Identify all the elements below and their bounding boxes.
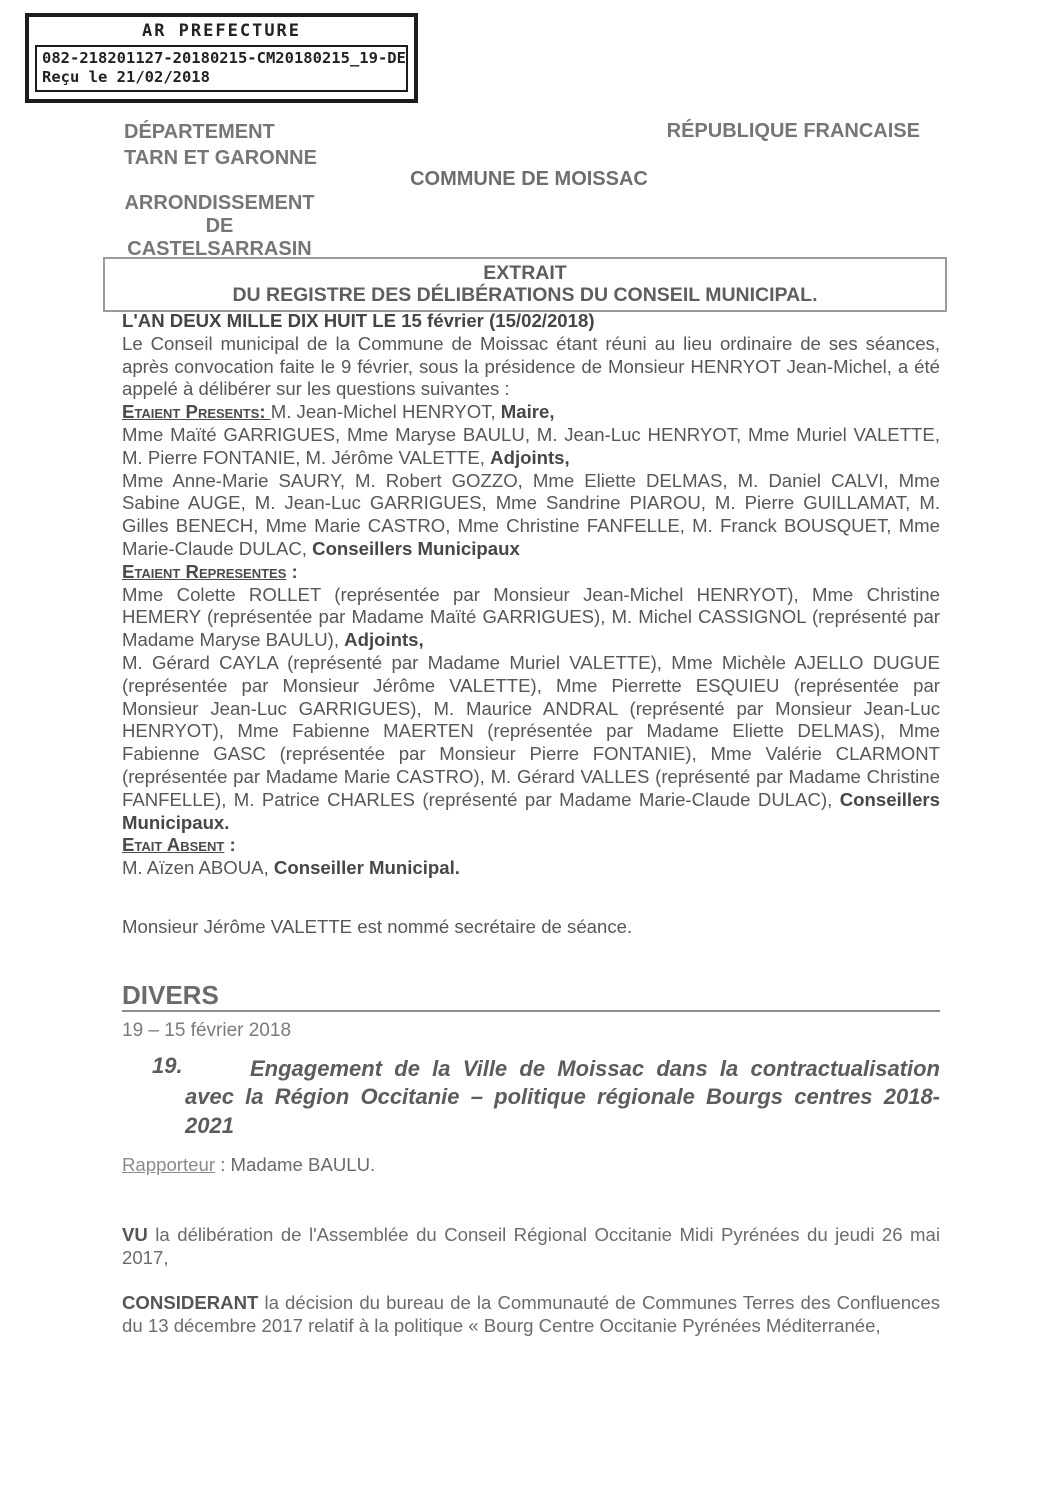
represented-conseillers-text: M. Gérard CAYLA (représenté par Madame M… (122, 652, 940, 810)
absent-member-role: Conseiller Municipal. (274, 857, 460, 878)
extrait-box: EXTRAIT DU REGISTRE DES DÉLIBÉRATIONS DU… (103, 257, 947, 312)
present-adjoints-paragraph: Mme Maïté GARRIGUES, Mme Maryse BAULU, M… (122, 424, 940, 470)
agenda-item: 19. Engagement de la Ville de Moissac da… (122, 1055, 940, 1141)
department-label: DÉPARTEMENT TARN ET GARONNE (124, 119, 317, 171)
section-reference: 19 – 15 février 2018 (122, 1020, 940, 1043)
represented-label-line: Etaient Representes : (122, 561, 940, 584)
department-line1: DÉPARTEMENT (124, 119, 317, 145)
session-intro: Le Conseil municipal de la Commune de Mo… (122, 333, 940, 401)
vu-clause: VU la délibération de l'Assemblée du Con… (122, 1223, 940, 1269)
vu-text: la délibération de l'Assemblée du Consei… (122, 1224, 940, 1268)
considerant-label: CONSIDERANT (122, 1292, 258, 1313)
agenda-item-title: Engagement de la Ville de Moissac dans l… (185, 1055, 940, 1141)
represented-adjoints-role: Adjoints, (344, 629, 424, 650)
secretary-line: Monsieur Jérôme VALETTE est nommé secrét… (122, 916, 940, 939)
absent-label: Etait Absent (122, 834, 224, 855)
stamp-title: AR PREFECTURE (35, 20, 408, 45)
stamp-inner-box: 082-218201127-20180215-CM20180215_19-DE … (35, 45, 408, 92)
vu-label: VU (122, 1224, 148, 1245)
agenda-item-number: 19. (152, 1055, 183, 1078)
absent-label-line: Etait Absent : (122, 834, 940, 857)
considerant-clause: CONSIDERANT la décision du bureau de la … (122, 1291, 940, 1337)
represented-label-colon: : (286, 561, 297, 582)
represented-adjoints-text: Mme Colette ROLLET (représentée par Mons… (122, 584, 940, 651)
arrondissement-line2: DE (122, 215, 317, 238)
commune-label: COMMUNE DE MOISSAC (0, 168, 1058, 191)
present-label: Etaient Presents (122, 401, 259, 422)
present-mayor-role: Maire, (501, 401, 555, 422)
rapporteur-value: : Madame BAULU. (215, 1154, 375, 1175)
present-mayor-paragraph: Etaient Presents: M. Jean-Michel HENRYOT… (122, 401, 940, 424)
present-conseillers-text: Mme Anne-Marie SAURY, M. Robert GOZZO, M… (122, 470, 940, 559)
stamp-received-date: Reçu le 21/02/2018 (42, 68, 401, 87)
represented-label: Etaient Representes (122, 561, 286, 582)
represented-conseillers-paragraph: M. Gérard CAYLA (représenté par Madame M… (122, 652, 940, 834)
extrait-title-line1: EXTRAIT (109, 262, 941, 284)
present-label-colon: : (259, 401, 270, 422)
rapporteur-label: Rapporteur (122, 1154, 215, 1175)
section-heading: DIVERS (122, 982, 940, 1012)
extrait-title-line2: DU REGISTRE DES DÉLIBÉRATIONS DU CONSEIL… (109, 284, 941, 306)
arrondissement-line1: ARRONDISSEMENT (122, 192, 317, 215)
present-conseillers-paragraph: Mme Anne-Marie SAURY, M. Robert GOZZO, M… (122, 470, 940, 561)
arrondissement-label: ARRONDISSEMENT DE CASTELSARRASIN (122, 192, 317, 261)
document-page: AR PREFECTURE 082-218201127-20180215-CM2… (0, 0, 1058, 1496)
session-date-line: L'AN DEUX MILLE DIX HUIT LE 15 février (… (122, 310, 940, 333)
republic-label: RÉPUBLIQUE FRANCAISE (667, 120, 920, 143)
absent-member-paragraph: M. Aïzen ABOUA, Conseiller Municipal. (122, 857, 940, 880)
deliberation-body: L'AN DEUX MILLE DIX HUIT LE 15 février (… (122, 310, 940, 1337)
absent-member-text: M. Aïzen ABOUA, (122, 857, 274, 878)
stamp-code: 082-218201127-20180215-CM20180215_19-DE (42, 49, 401, 68)
present-conseillers-role: Conseillers Municipaux (312, 538, 520, 559)
represented-adjoints-paragraph: Mme Colette ROLLET (représentée par Mons… (122, 584, 940, 652)
present-adjoints-role: Adjoints, (490, 447, 570, 468)
absent-label-colon: : (224, 834, 235, 855)
rapporteur-line: Rapporteur : Madame BAULU. (122, 1154, 940, 1177)
present-mayor-text: M. Jean-Michel HENRYOT, (271, 401, 501, 422)
prefecture-stamp: AR PREFECTURE 082-218201127-20180215-CM2… (25, 13, 418, 103)
